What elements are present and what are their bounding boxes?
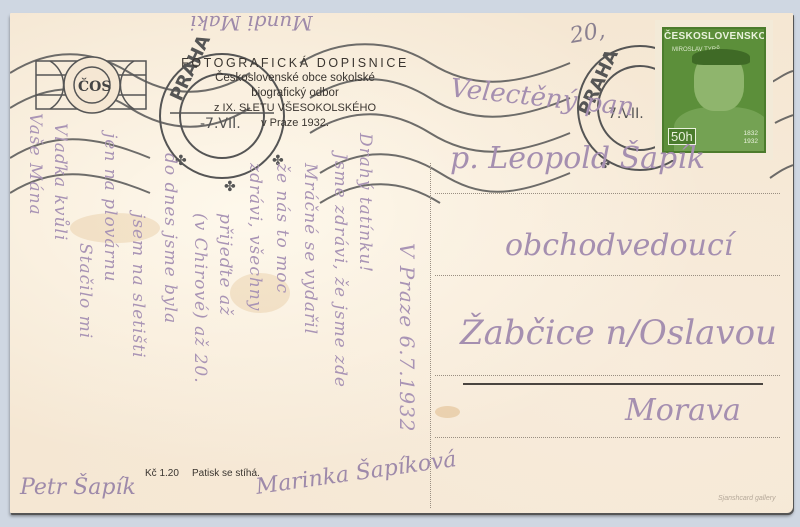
header-line-4: v Praze 1932. — [160, 116, 430, 131]
printed-header: FOTOGRAFICKÁ DOPISNICE Československé ob… — [160, 55, 430, 131]
message-column: Vlaďka kvůli — [50, 123, 70, 453]
printed-copyright-note: Patisk se stíhá. — [192, 468, 260, 479]
postcard-back: PRAHA -7.VII. ✤ ✤ ✤ PRAHA 7.VII. ✤ ČOS Č… — [10, 13, 793, 513]
address-name: p. Leopold Šapík — [450, 141, 705, 176]
header-line-2: biografický odbor — [160, 86, 430, 101]
header-title: FOTOGRAFICKÁ DOPISNICE — [160, 55, 430, 71]
signature-petr: Petr Šapík — [20, 475, 136, 500]
stamp-country: ČESKOSLOVENSKO — [664, 31, 764, 42]
message-column: (v Chirové) až 20. — [190, 213, 210, 463]
message-column: Drahý tatínku! — [355, 133, 375, 463]
svg-text:ČOS: ČOS — [78, 77, 111, 95]
message-column: Jsme zdrávi, že jsme zde — [330, 153, 350, 463]
stamp-years: 1832 1932 — [744, 130, 758, 146]
message-column: jsem na sletišti — [128, 213, 148, 463]
address-occupation: obchodvedoucí — [505, 228, 733, 263]
message-column: Vaše Mána — [25, 113, 45, 443]
svg-text:✤: ✤ — [224, 178, 236, 194]
message-column: Stačilo mi — [75, 243, 95, 443]
address-solid-line — [463, 383, 763, 385]
header-line-1: Československé obce sokolské — [160, 71, 430, 86]
address-line — [435, 375, 780, 376]
stamp-portrait-cap — [692, 49, 750, 65]
sokol-logo: ČOS — [36, 57, 146, 113]
address-town: Žabčice n/Oslavou — [460, 313, 777, 353]
message-date: V Praze 6.7.1932 — [395, 243, 419, 463]
watermark: Sjanshcard gallery — [718, 495, 776, 502]
stamp-year-1: 1832 — [744, 130, 758, 138]
address-line — [435, 437, 780, 438]
message-column: zdrávi, všechny — [245, 163, 265, 463]
address-region: Morava — [625, 393, 741, 428]
message-column: do dnes jsme byla — [160, 153, 180, 453]
header-line-3: z IX. SLETU VŠESOKOLSKÉHO — [160, 101, 430, 116]
address-line — [435, 193, 780, 194]
address-line — [435, 275, 780, 276]
message-column: jen na plovárnu — [100, 133, 120, 453]
message-column: že nás to moc — [272, 163, 292, 463]
handwritten-upside-down: Mundi Maki — [190, 13, 313, 35]
message-column: přijeďte až — [215, 213, 235, 463]
stamp-year-2: 1932 — [744, 138, 758, 146]
postage-stamp: ČESKOSLOVENSKO MIROSLAV TYRŠ 50h 1832 19… — [655, 20, 773, 160]
printed-price: Kč 1.20 — [145, 468, 179, 479]
message-column: Mráčné se vydařil — [300, 163, 320, 463]
